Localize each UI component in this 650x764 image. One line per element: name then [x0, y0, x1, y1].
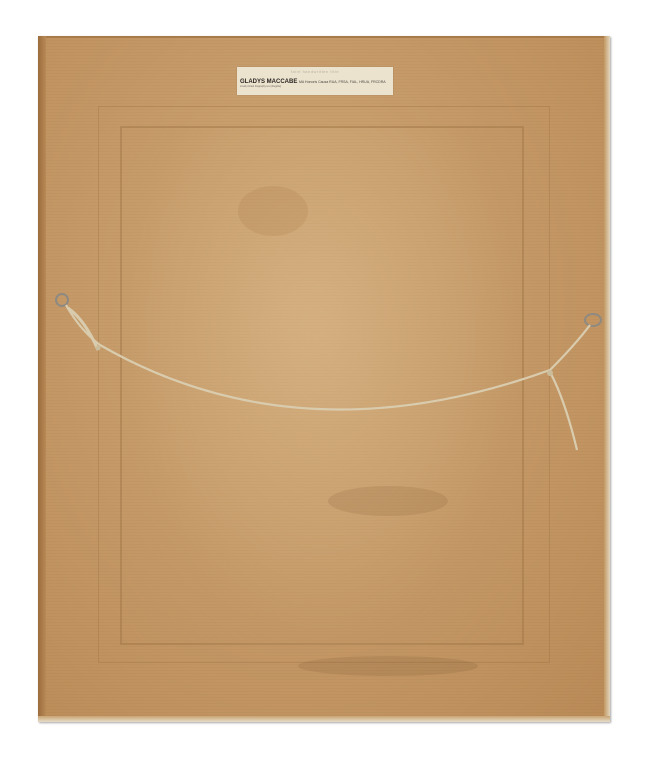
hanging-cord — [0, 0, 650, 764]
right-screw-eye-icon — [585, 314, 601, 326]
left-screw-eye-icon — [56, 294, 68, 306]
